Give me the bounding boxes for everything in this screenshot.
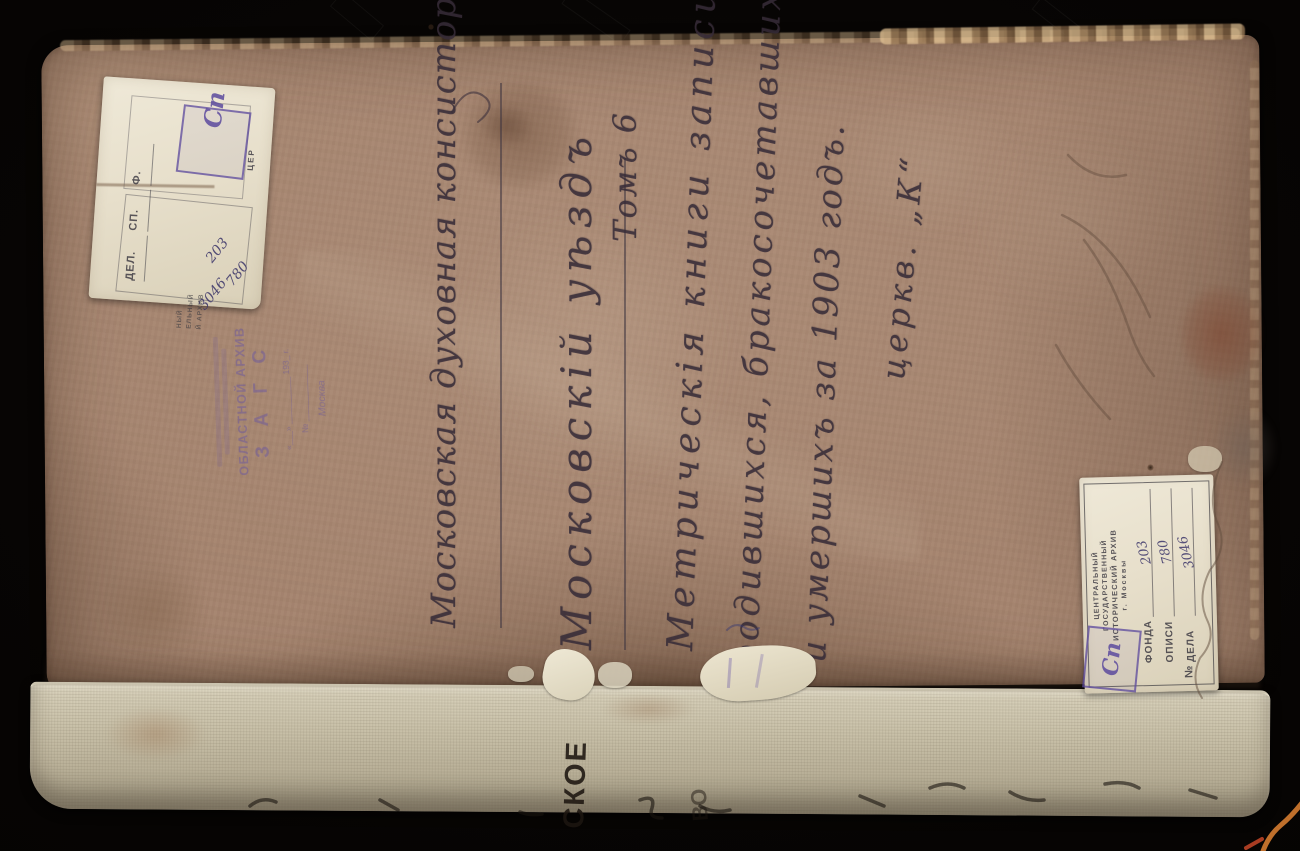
zags-stamp-faded-line — [221, 348, 230, 454]
zags-stamp-date-line: «___» __________ 193_ г. — [279, 316, 295, 482]
paper-scrap — [598, 662, 632, 688]
opis-field-row: ОПИСИ 780 — [1153, 488, 1177, 662]
zags-stamp-city-line: Москва — [313, 315, 331, 481]
spine-stencil-text-fragment: ВО — [685, 774, 718, 822]
paper-scrap — [508, 666, 534, 682]
zags-archive-stamp: ОБЛАСТНОЙ АРХИВ З А Г С «___» __________… — [212, 316, 382, 482]
delo-number: 3046 — [1175, 534, 1197, 570]
zags-stamp-number-line: № ____________ — [296, 316, 312, 482]
handwriting-consistory-line: Московская духовная консисторія — [424, 83, 502, 628]
label-number-sign: № — [1183, 662, 1197, 678]
label-header-fragment: НЫЙ ЕЛЬНЫЙ Й АРХИВ — [175, 264, 237, 332]
label-stamp-content: ЦЕНТРАЛЬНЫЙ ГОСУДАРСТВЕННЫЙ ИСТОРИЧЕСКИЙ… — [1083, 480, 1214, 687]
photo-backdrop: СКОЕ ВО Московская духовная консисторія … — [0, 0, 1300, 851]
zags-stamp-zags-line: З А Г С — [248, 317, 276, 484]
paper-scrap — [1188, 446, 1222, 472]
spine-stencil-text: СКОЕ — [558, 732, 601, 829]
fond-number: 203 — [1134, 539, 1154, 567]
backdrop-emboss-mark — [330, 0, 384, 41]
opis-number: 780 — [1155, 538, 1175, 566]
label-field-fond: Ф. — [130, 142, 154, 185]
control-stamp-violet: Сп — [176, 104, 252, 180]
archive-label-top-left: Сп ЦЕР Ф. СП. ДЕЛ. 203 780 3046 НЫЙ ЕЛЬН… — [88, 76, 275, 309]
spine-cloth-band — [30, 682, 1271, 818]
backdrop-emboss-mark — [561, 0, 630, 45]
control-stamp-violet: Сп — [1082, 626, 1142, 693]
archive-label-bottom-right: ЦЕНТРАЛЬНЫЙ ГОСУДАРСТВЕННЫЙ ИСТОРИЧЕСКИЙ… — [1079, 474, 1219, 693]
label-field-delo: ДЕЛ. — [124, 234, 148, 281]
label-side-letters: ЦЕР — [246, 117, 262, 172]
delo-field-row: ДЕЛА 3046 — [1174, 488, 1198, 662]
label-field-spisok: СП. — [127, 188, 151, 231]
handwriting-volume-line: Томъ 6 — [606, 110, 660, 242]
